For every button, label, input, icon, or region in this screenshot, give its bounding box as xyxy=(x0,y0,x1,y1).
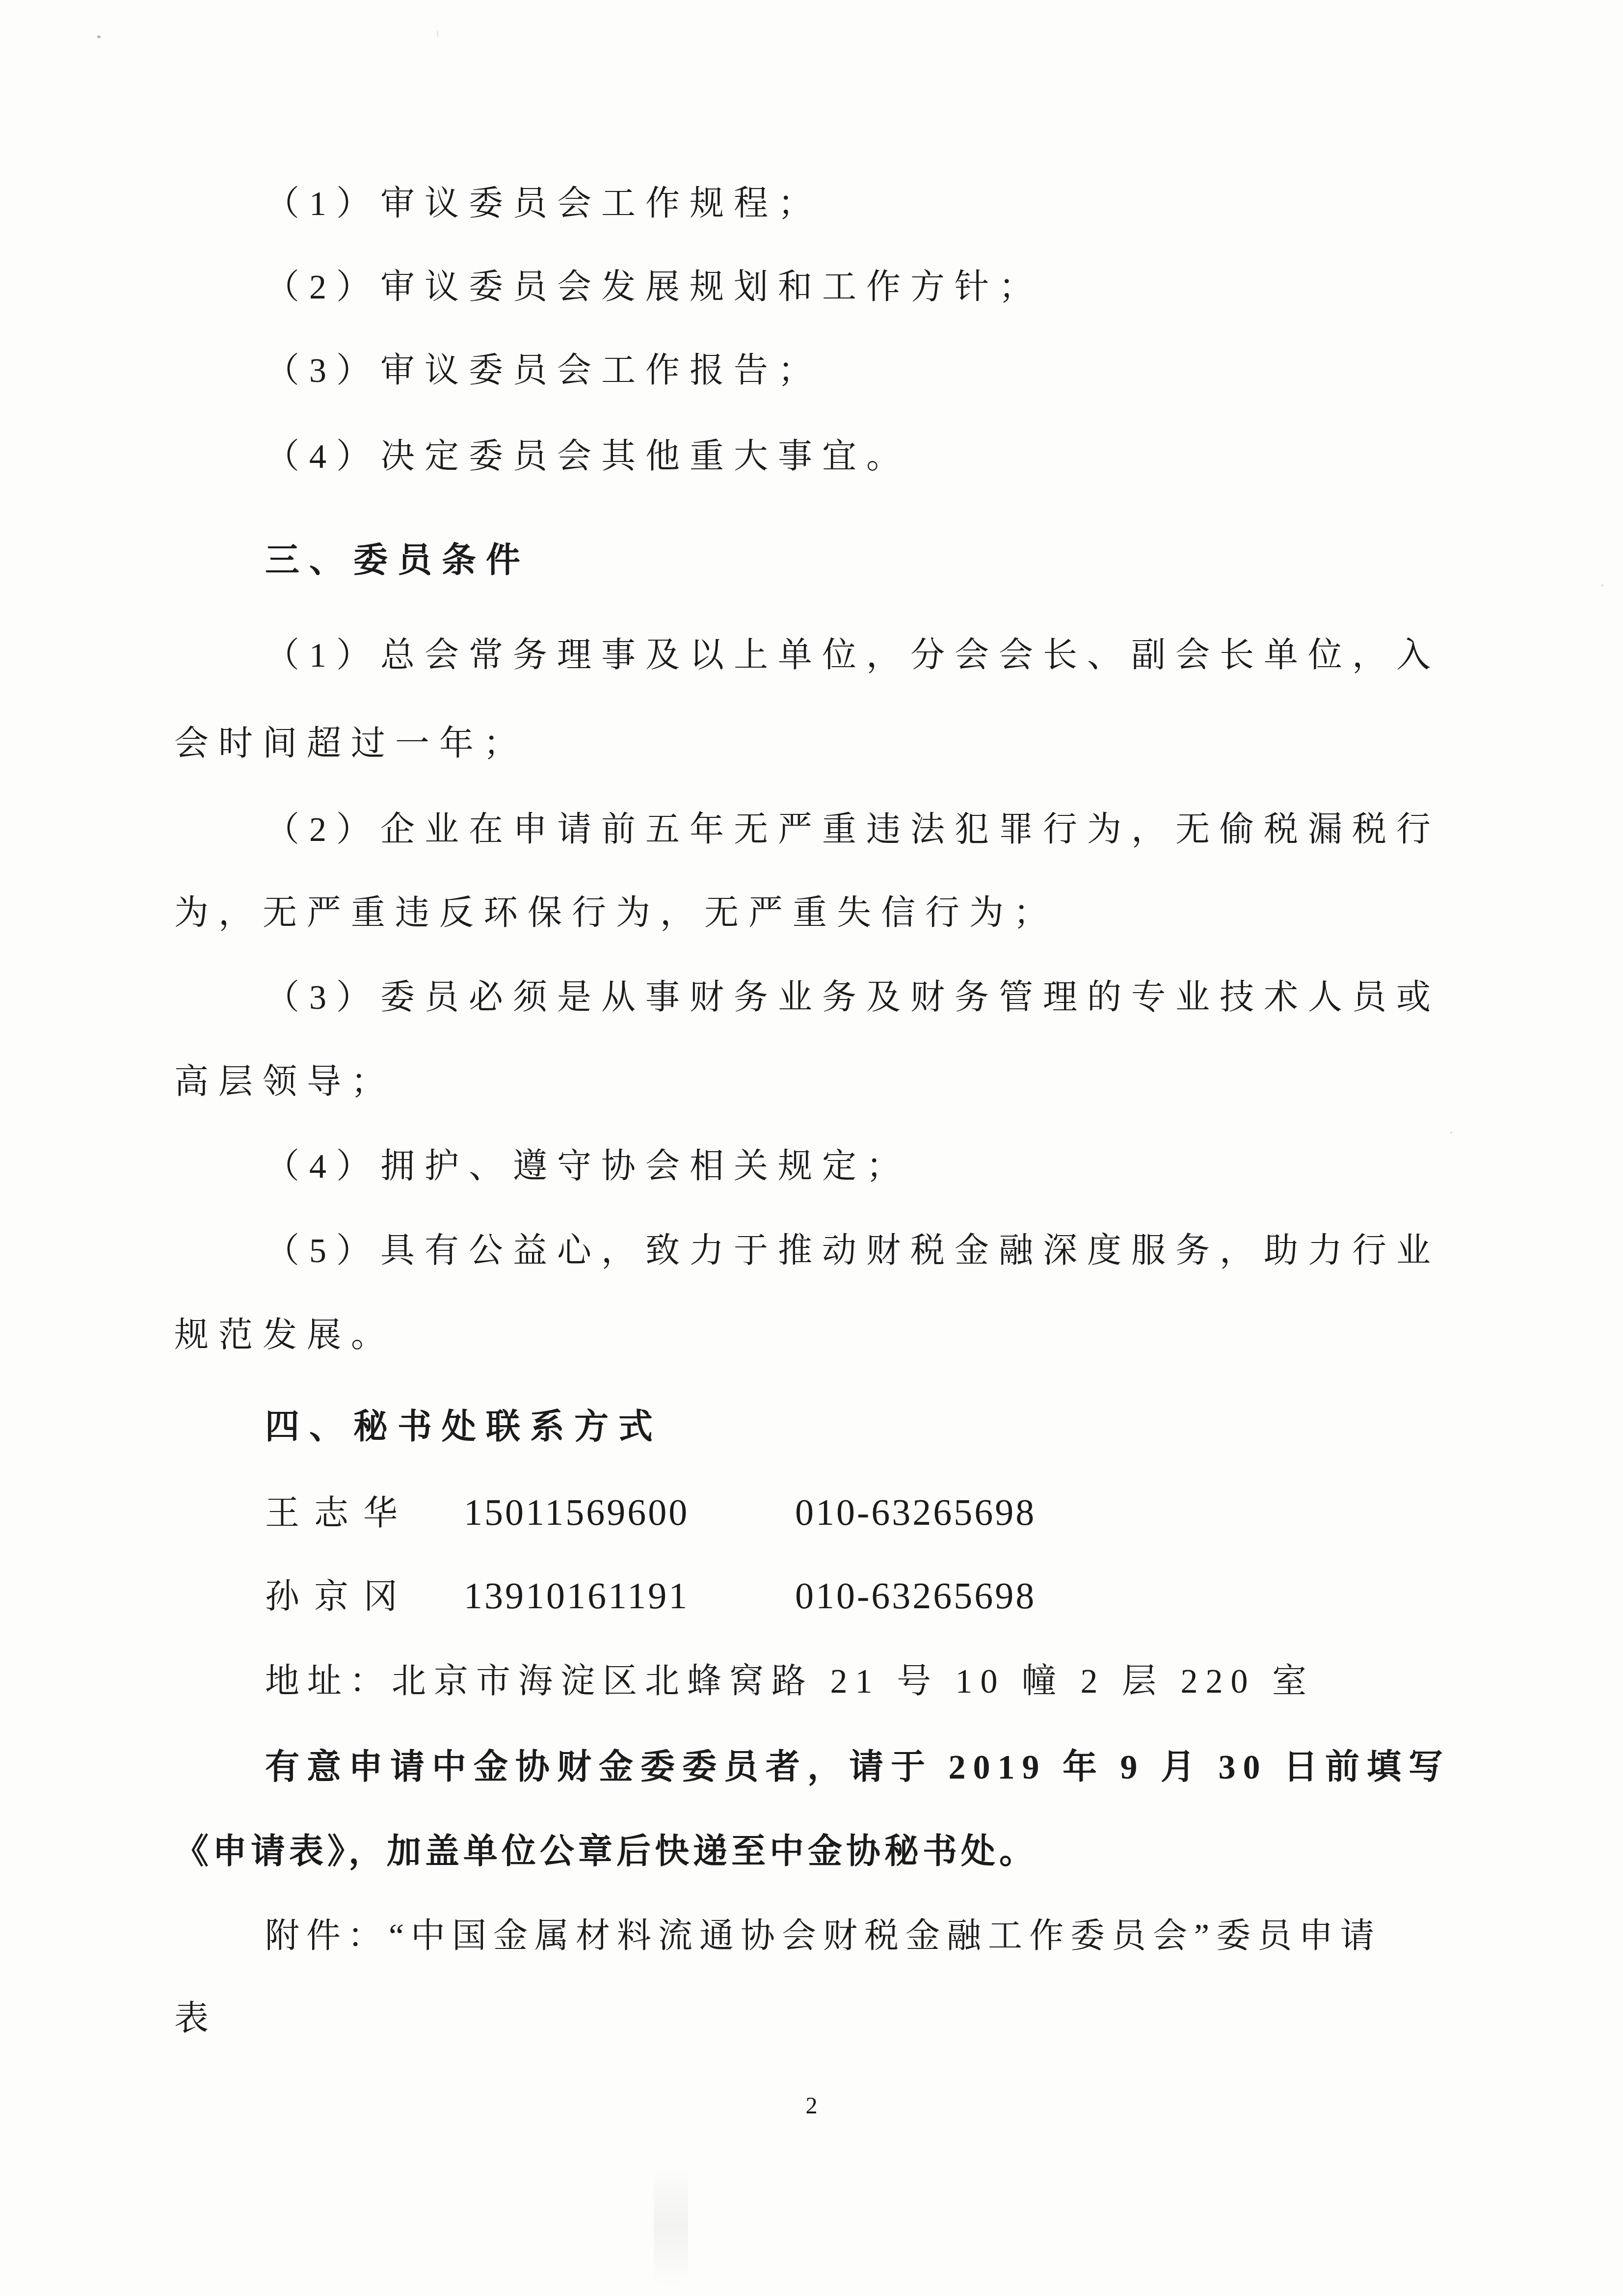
contact-phone: 010-63265698 xyxy=(795,1554,1036,1638)
page-number: 2 xyxy=(0,2092,1623,2119)
paragraph-line: （5）具有公益心，致力于推动财税金融深度服务，助力行业 xyxy=(174,1209,1561,1294)
contact-row: 孙京冈13910161191010-63265698 xyxy=(174,1554,1561,1638)
paragraph-line: （3）委员必须是从事财务业务及财务管理的专业技术人员或 xyxy=(174,956,1561,1040)
scan-speck xyxy=(97,35,101,38)
notice-line: 有意申请中金协财金委委员者，请于 2019 年 9 月 30 日前填写 xyxy=(174,1726,1561,1810)
address-line: 地址：北京市海淀区北蜂窝路 21 号 10 幢 2 层 220 室 xyxy=(174,1640,1561,1724)
paragraph-line: （2）企业在申请前五年无严重违法犯罪行为，无偷税漏税行 xyxy=(174,788,1561,872)
scan-streak xyxy=(654,2164,688,2287)
attachment-line: 附件：“中国金属材料流通协会财税金融工作委员会”委员申请 xyxy=(174,1894,1561,1979)
paragraph-line: 为，无严重违反环保行为，无严重失信行为； xyxy=(174,871,1470,956)
contact-name: 孙京冈 xyxy=(265,1555,464,1640)
contact-row: 王志华15011569600010-63265698 xyxy=(174,1470,1561,1555)
list-item: （3）审议委员会工作报告； xyxy=(174,329,1561,413)
scanned-document-page: （1）审议委员会工作规程； （2）审议委员会发展规划和工作方针； （3）审议委员… xyxy=(0,0,1623,2296)
contact-mobile: 15011569600 xyxy=(464,1470,795,1555)
paragraph-line: 规范发展。 xyxy=(174,1294,1470,1378)
section-heading-member-conditions: 三、委员条件 xyxy=(174,518,1561,602)
paragraph-line: （4）拥护、遵守协会相关规定； xyxy=(174,1125,1561,1209)
contact-name: 王志华 xyxy=(265,1472,464,1556)
notice-line: 《申请表》，加盖单位公章后快递至中金协秘书处。 xyxy=(174,1810,1470,1894)
scan-speck xyxy=(437,30,438,37)
attachment-line: 表 xyxy=(174,1977,1470,2061)
list-item: （1）审议委员会工作规程； xyxy=(174,162,1561,246)
paragraph-line: 高层领导； xyxy=(174,1040,1470,1125)
paragraph-line: （1）总会常务理事及以上单位，分会会长、副会长单位，入 xyxy=(174,614,1561,698)
section-heading-secretariat-contact: 四、秘书处联系方式 xyxy=(174,1384,1561,1469)
contact-phone: 010-63265698 xyxy=(795,1470,1036,1555)
contact-mobile: 13910161191 xyxy=(464,1554,795,1638)
paragraph-line: 会时间超过一年； xyxy=(174,702,1470,786)
list-item: （4）决定委员会其他重大事宜。 xyxy=(174,415,1561,499)
list-item: （2）审议委员会发展规划和工作方针； xyxy=(174,245,1561,330)
scan-speck xyxy=(1601,584,1603,587)
scan-speck xyxy=(1450,1132,1452,1134)
